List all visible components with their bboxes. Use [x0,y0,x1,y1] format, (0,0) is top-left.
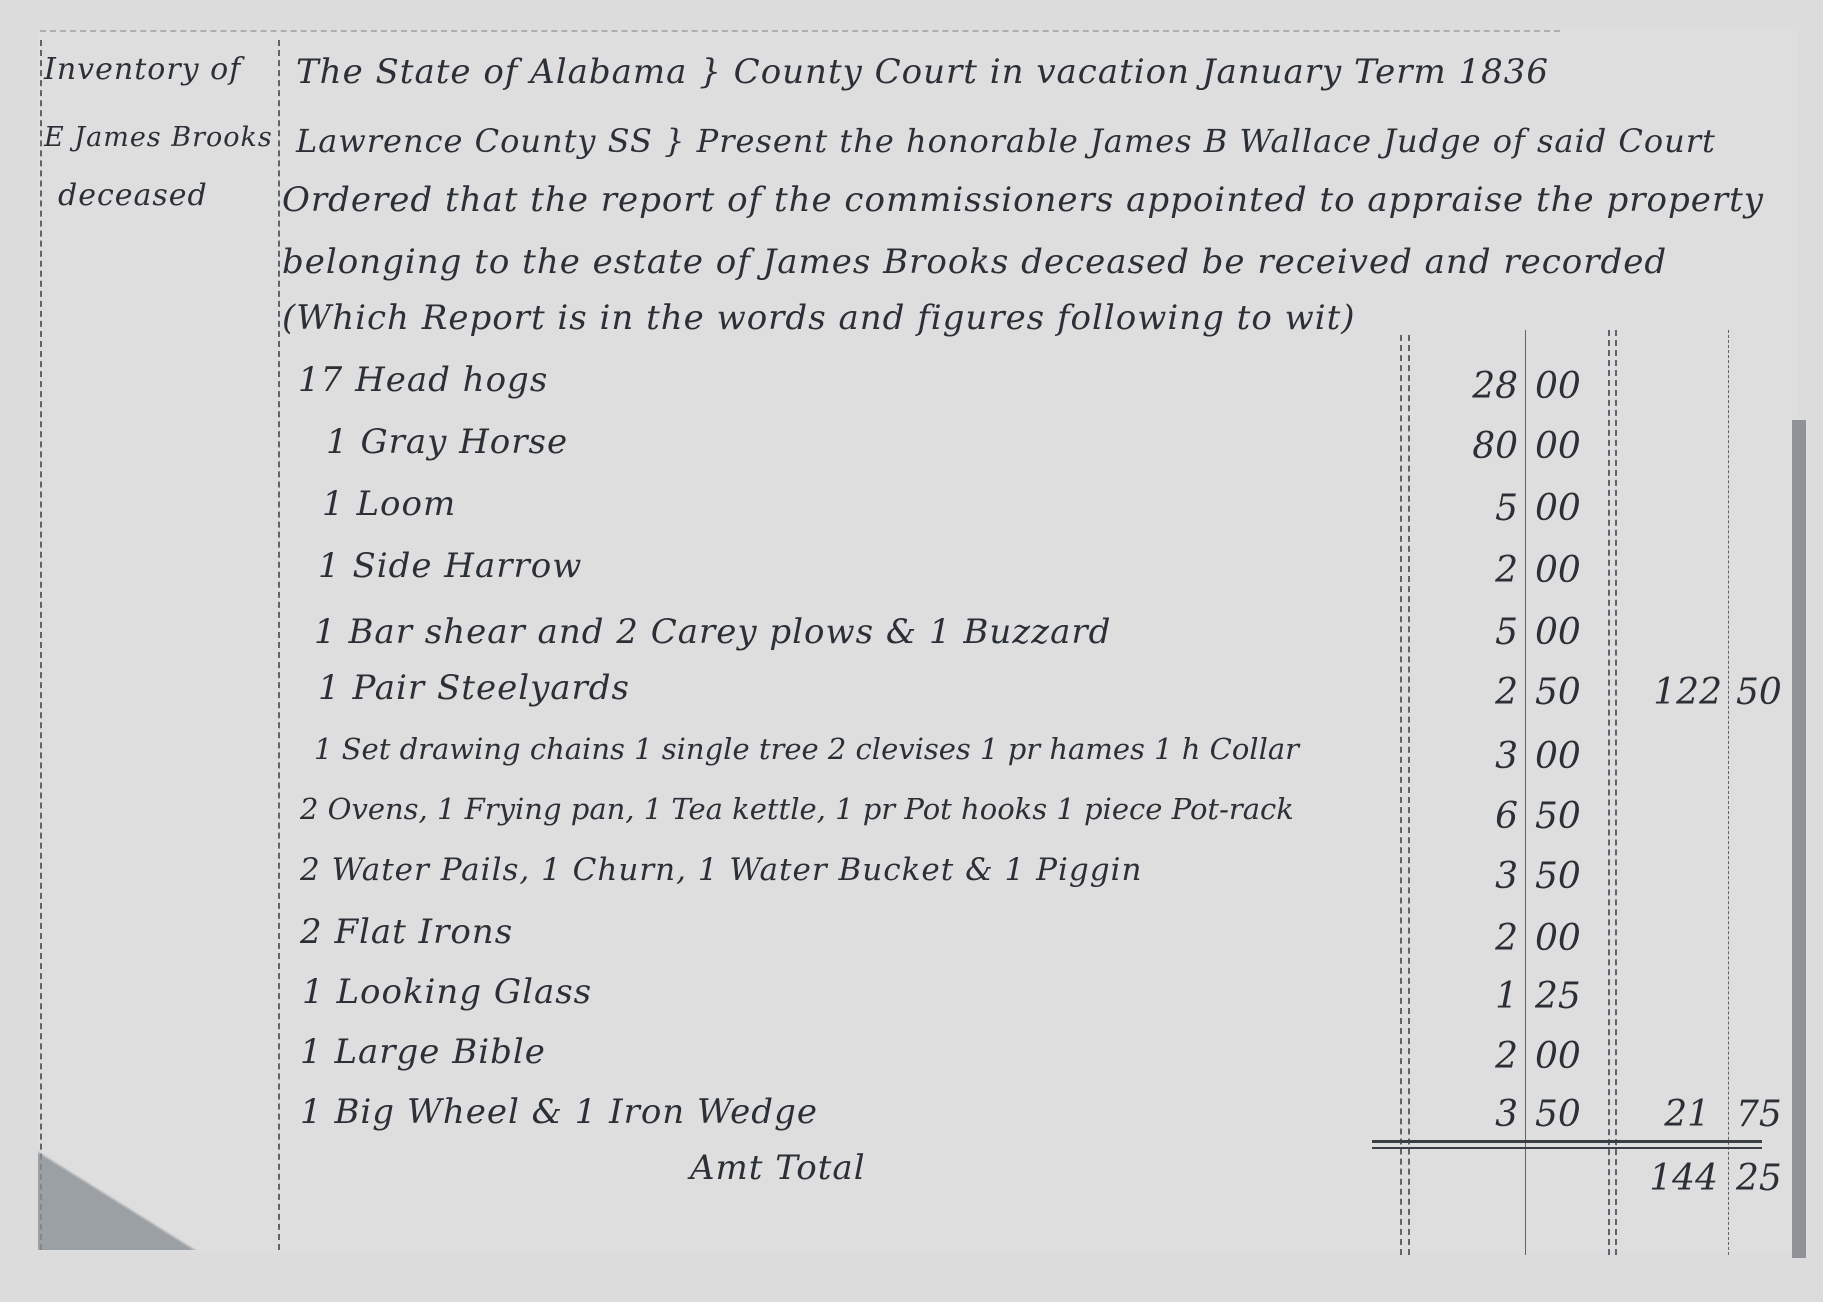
item-cents: 00 [1535,612,1581,653]
right-edge-shadow [1792,420,1806,1258]
header-line: (Which Report is in the words and figure… [282,298,1356,338]
header-line: belonging to the estate of James Brooks … [282,242,1667,282]
subtotal-cents: 75 [1736,1094,1782,1135]
item-cents: 00 [1535,366,1581,407]
item-description: 1 Loom [322,484,456,524]
total-label: Amt Total [690,1148,866,1188]
item-description: 2 Water Pails, 1 Churn, 1 Water Bucket &… [300,852,1142,888]
header-line: Ordered that the report of the commissio… [282,180,1764,220]
item-dollars: 2 [1440,550,1518,591]
item-dollars: 2 [1440,918,1518,959]
total-cents: 25 [1736,1158,1782,1199]
item-dollars: 3 [1440,856,1518,897]
margin-divider-rule [278,40,280,1250]
amount-column-rule-left-2 [1408,335,1410,1255]
item-cents: 50 [1535,1094,1581,1135]
item-description: 1 Large Bible [300,1032,546,1072]
item-description: 17 Head hogs [298,360,548,400]
subtotal-dollars: 122 [1610,672,1722,713]
item-description: 1 Set drawing chains 1 single tree 2 cle… [314,732,1299,766]
item-description: 1 Side Harrow [318,546,582,586]
item-dollars: 80 [1440,426,1518,467]
item-cents: 00 [1535,918,1581,959]
corner-scan-shadow [38,1150,198,1250]
item-description: 1 Pair Steelyards [318,668,630,708]
item-description: 1 Big Wheel & 1 Iron Wedge [300,1092,818,1132]
total-rule-1 [1372,1140,1762,1143]
item-dollars: 5 [1440,488,1518,529]
item-cents: 50 [1535,672,1581,713]
item-dollars: 2 [1440,672,1518,713]
item-cents: 50 [1535,796,1581,837]
item-description: 1 Bar shear and 2 Carey plows & 1 Buzzar… [314,612,1111,652]
item-dollars: 28 [1440,366,1518,407]
item-cents: 00 [1535,426,1581,467]
dollars-cents-divider [1525,330,1526,1255]
item-description: 2 Ovens, 1 Frying pan, 1 Tea kettle, 1 p… [300,792,1294,826]
left-margin-rule [40,40,42,1250]
item-cents: 00 [1535,550,1581,591]
item-cents: 25 [1535,976,1581,1017]
item-cents: 50 [1535,856,1581,897]
subtotal-cents: 50 [1736,672,1782,713]
item-cents: 00 [1535,1036,1581,1077]
item-description: 1 Looking Glass [302,972,592,1012]
item-dollars: 1 [1440,976,1518,1017]
item-dollars: 3 [1440,1094,1518,1135]
item-dollars: 3 [1440,736,1518,777]
margin-note-line: deceased [58,178,208,213]
item-dollars: 2 [1440,1036,1518,1077]
amount-column-rule-left [1400,335,1402,1255]
top-rule [40,30,1560,32]
item-description: 1 Gray Horse [326,422,568,462]
item-dollars: 5 [1440,612,1518,653]
margin-note-line: Inventory of [44,52,241,87]
total-dollars: 144 [1600,1158,1718,1199]
subtotal-dollars: 21 [1610,1094,1710,1135]
item-cents: 00 [1535,488,1581,529]
total-rule-2 [1372,1147,1762,1149]
item-dollars: 6 [1440,796,1518,837]
header-line: The State of Alabama } County Court in v… [296,52,1549,92]
subtotal-dollars-cents-divider [1728,330,1729,1255]
item-description: 2 Flat Irons [300,912,513,952]
margin-note-line: E James Brooks [44,122,273,153]
header-line: Lawrence County SS } Present the honorab… [296,122,1716,160]
item-cents: 00 [1535,736,1581,777]
